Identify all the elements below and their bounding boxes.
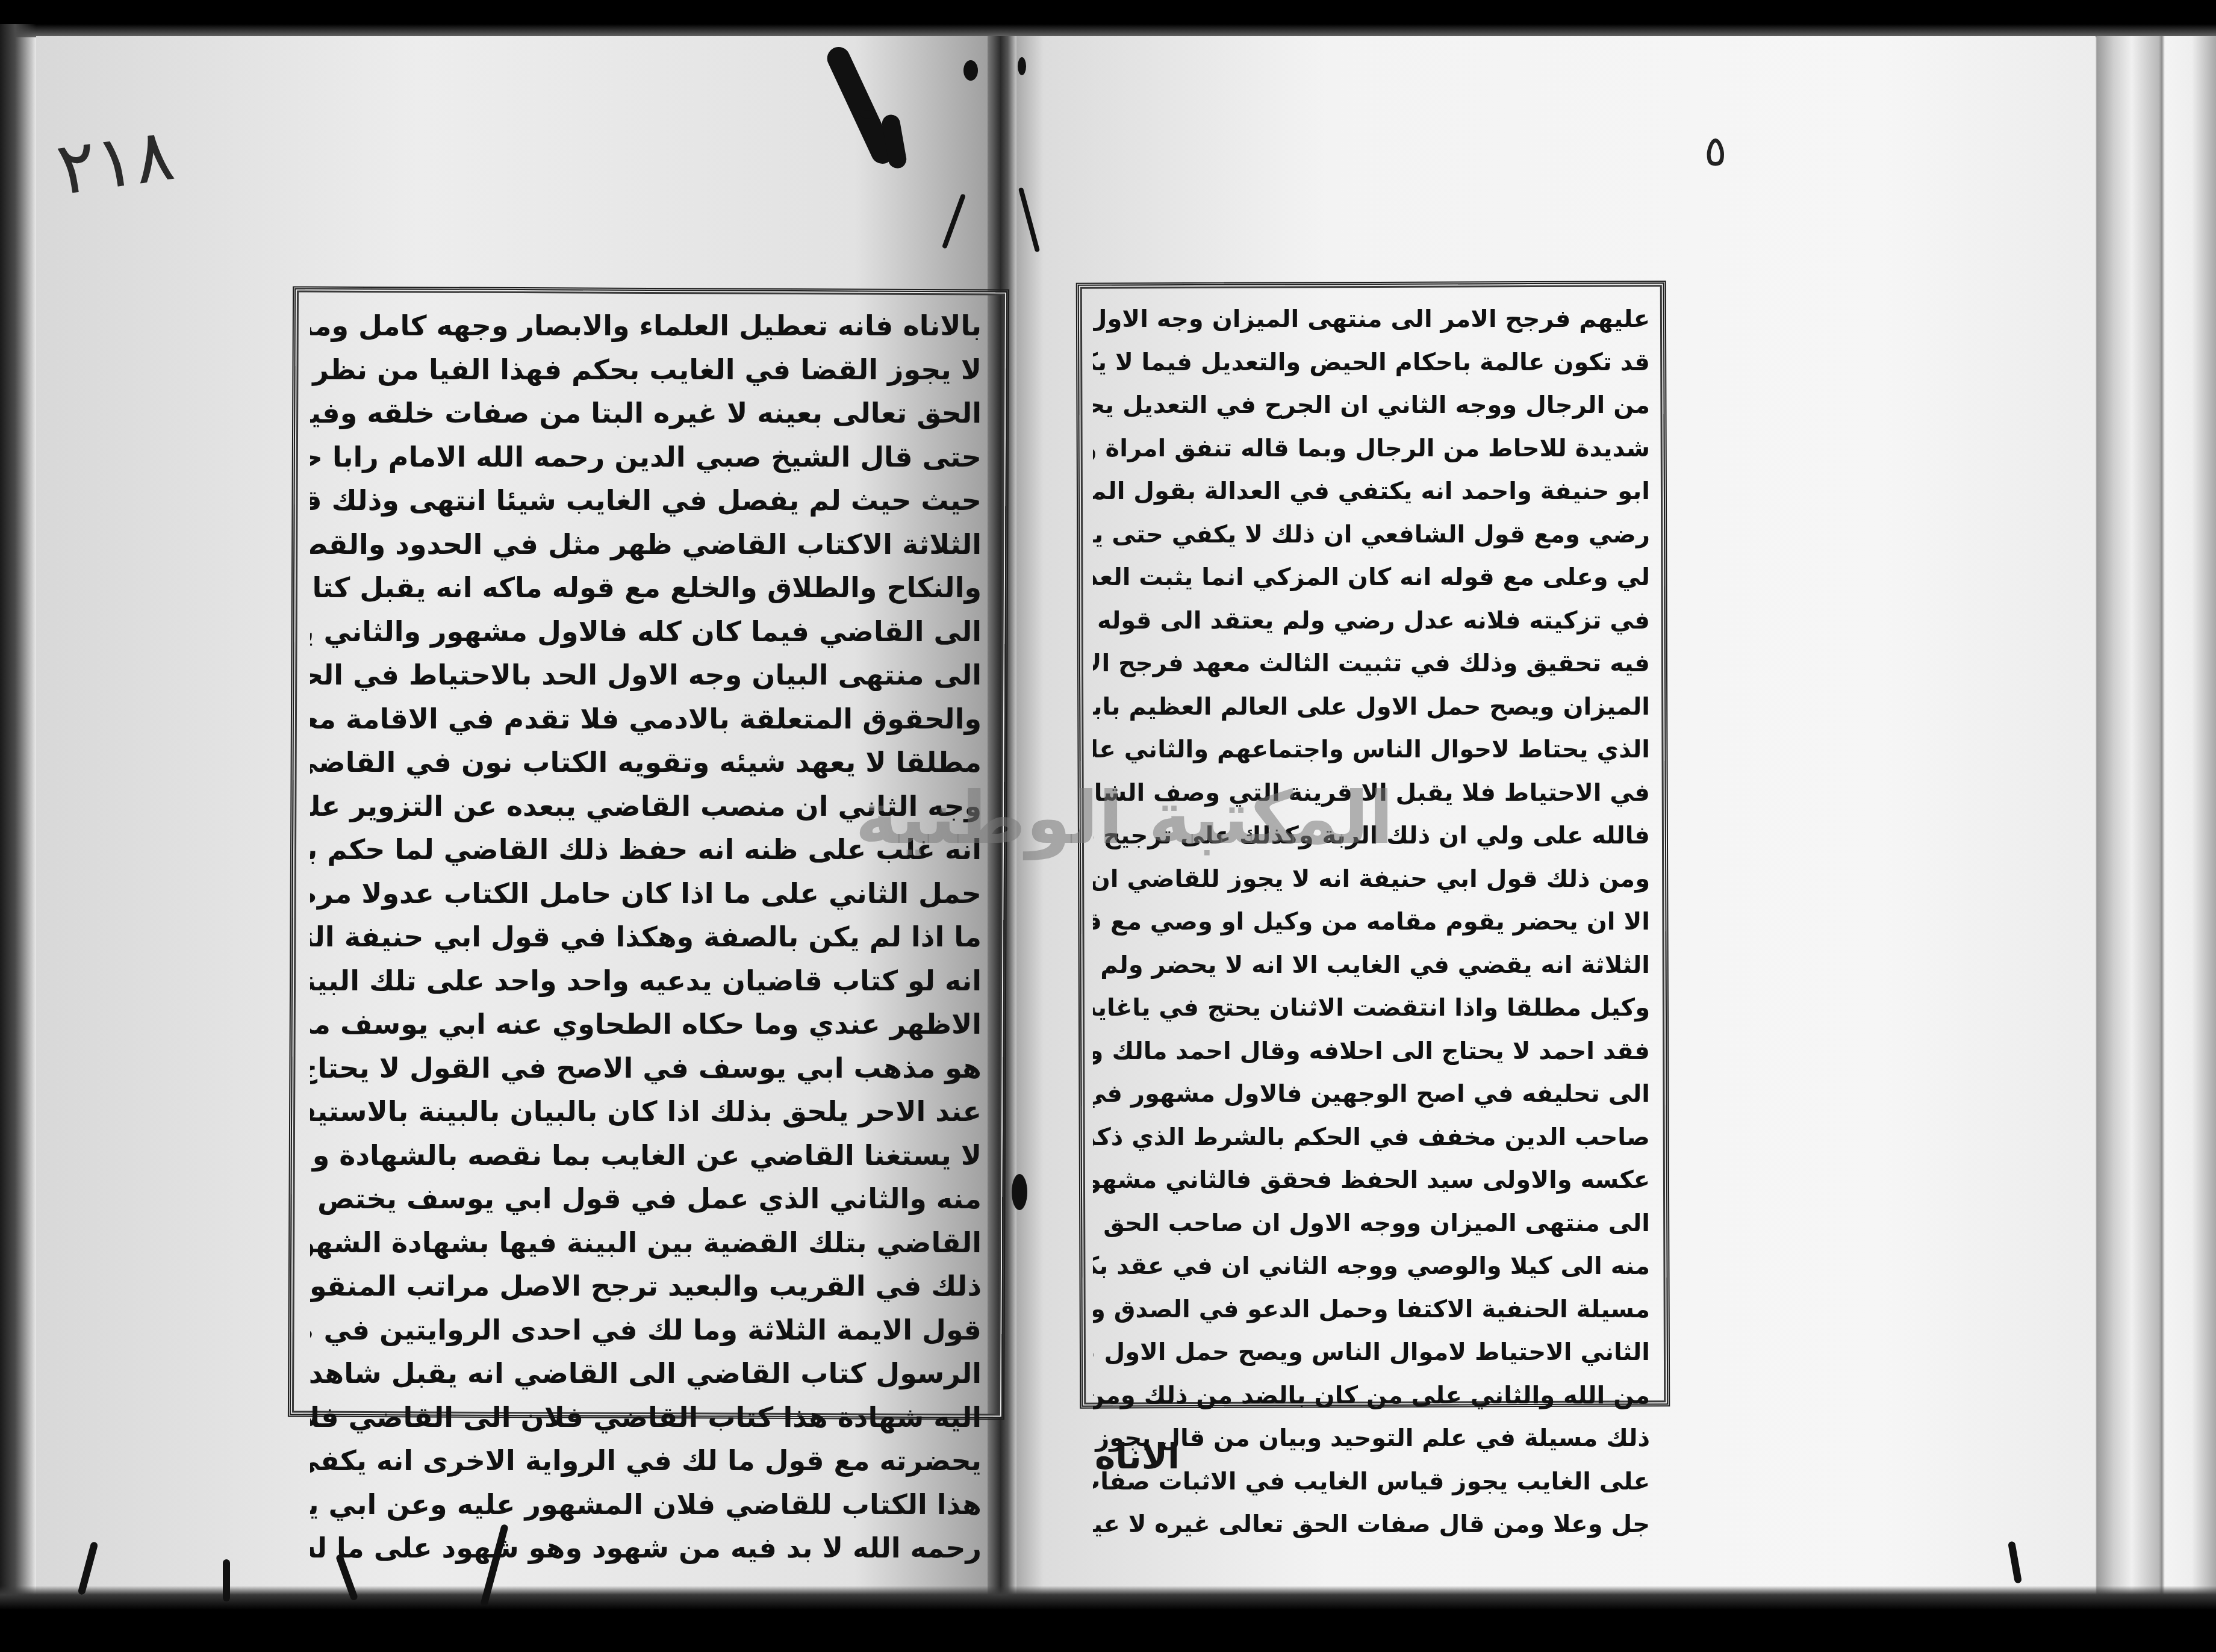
left-edge-shadow [0,24,36,1613]
text-line: والنكاح والطلاق والخلع مع قوله ماكه انه … [310,566,982,610]
ink-stain [963,60,978,81]
text-line: ومن ذلك قول ابي حنيفة انه لا يجوز للقاضي… [1093,858,1650,901]
text-line: يحضرته مع قول ما لك في الرواية الاخرى ان… [310,1439,982,1483]
left-page-text: بالاناه فانه تعطيل العلماء والابصار وجهه… [310,304,982,1570]
text-line: الرسول كتاب القاضي الى القاضي انه يقبل ش… [310,1352,982,1396]
text-line: لا يستغنا القاضي عن الغايب بما نقصه بالش… [310,1134,982,1178]
text-line: عند الاحر يلحق بذلك اذا كان بالبيان بالب… [310,1090,982,1134]
text-line: بالاناه فانه تعطيل العلماء والابصار وجهه… [310,304,982,348]
text-line: مسيلة الحنفية الاكتفا وحمل الدعو في الصد… [1093,1288,1650,1332]
text-line: منه الى كيلا والوصي ووجه الثاني ان في عق… [1093,1245,1650,1288]
text-line: من الله والثاني على من كان بالضد من ذلك … [1093,1374,1650,1418]
ink-stain [1012,1174,1027,1210]
text-line: حمل الثاني على ما اذا كان حامل الكتاب عد… [310,872,982,916]
ink-stain [1018,57,1026,75]
right-page-edge-strips [2096,36,2216,1595]
text-line: حتى قال الشيخ صبي الدين رحمه الله الامام… [310,435,982,479]
text-line: الاظهر عندي وما حكاه الطحاوي عنه ابي يوس… [310,1002,982,1046]
text-line: قد تكون عالمة باحكام الحيض والتعديل فيما… [1093,341,1650,385]
text-line: الحق تعالى بعينه لا غيره البتا من صفات خ… [310,391,982,435]
text-line: قول الايمة الثلاثة وما لك في احدى الرواي… [310,1308,982,1352]
text-line: رحمه الله لا بد فيه من شهود وهو شهود على… [310,1526,982,1570]
text-line: من الرجال ووجه الثاني ان الجرح في التعدي… [1093,384,1650,427]
text-line: فيه تحقيق وذلك في تثبيت الثالث معهد فرجح… [1093,642,1650,686]
library-watermark: المكتبة الوطنية [855,777,1393,860]
scan-bottom-border [0,1586,2216,1652]
text-line: الثاني الاحتياط لاموال الناس ويصح حمل ال… [1093,1331,1650,1374]
text-line: والحقوق المتعلقة بالادمي فلا تقدم في الا… [310,697,982,741]
text-line: هو مذهب ابي يوسف في الاصح في القول لا يح… [310,1046,982,1090]
text-line: حيث حيث لم يفصل في الغايب شيئا انتهى وذل… [310,479,982,523]
scan-top-border [0,0,2216,37]
text-line: لا يجوز القضا في الغايب بحكم فهذا الفيا … [310,348,982,392]
text-line: انه لو كتاب قاضيان يدعيه واحد واحد على ت… [310,959,982,1003]
text-line: لي وعلى مع قوله انه كان المزكي انما يثبت… [1093,556,1650,600]
ink-stain [860,110,874,119]
text-line: فقد احمد لا يحتاج الى احلافه وقال احمد م… [1093,1030,1650,1073]
text-line: الثلاثة انه يقضي في الغايب الا انه لا يح… [1093,944,1650,987]
text-line: في تزكيته فلانه عدل رضي ولم يعتقد الى قو… [1093,600,1650,643]
folio-number: ٢١٨ [52,113,179,212]
text-line: الثلاثة الاكتاب القاضي ظهر مثل في الحدود… [310,523,982,567]
text-line: الى تحليفه في اصح الوجهين فالاول مشهور ف… [1093,1073,1650,1116]
text-line: الميزان ويصح حمل الاول على العالم العظيم… [1093,686,1650,729]
text-line: رضي ومع قول الشافعي ان ذلك لا يكفي حتى ي… [1093,514,1650,557]
text-line: منه والثاني الذي عمل في قول ابي يوسف يخت… [310,1177,982,1221]
text-line: اليه شهادة هذا كتاب القاضي فلان الى القا… [310,1396,982,1439]
text-line: هذا الكتاب للقاضي فلان المشهور عليه وعن … [310,1483,982,1527]
text-line: صاحب الدين مخفف في الحكم بالشرط الذي ذكر… [1093,1116,1650,1160]
corner-mark: ٥ [1704,126,1727,176]
text-line: عليهم فرجح الامر الى منتهى الميزان وجه ا… [1093,298,1650,341]
text-line: ما اذا لم يكن بالصفة وهكذا في قول ابي حن… [310,915,982,959]
text-line: الى القاضي فيما كان كله فالاول مشهور وال… [310,610,982,654]
text-line: الذي يحتاط لاحوال الناس واجتماعهم والثان… [1093,728,1650,772]
text-line: ذلك في القريب والبعيد ترجح الاصل مراتب ا… [310,1264,982,1308]
text-line: وكيل مطلقا واذا انتقضت الاثنان يحتج في ي… [1093,987,1650,1030]
text-line: شديدة للاحاط من الرجال وبما قاله تنفق ام… [1093,427,1650,471]
text-line: عكسه والاولى سيد الحفظ فحقق فالثاني مشهو… [1093,1159,1650,1202]
text-line: القاضي بتلك القضية بين البينة فيها بشهاد… [310,1221,982,1265]
catchword: الاناه [1095,1436,1180,1477]
text-line: جل وعلا ومن قال صفات الحق تعالى غيره لا … [1093,1503,1650,1547]
right-page-text: عليهم فرجح الامر الى منتهى الميزان وجه ا… [1093,298,1650,1547]
text-line: الا ان يحضر يقوم مقامه من وكيل او وصي مع… [1093,901,1650,944]
text-line: ابو حنيفة واحمد انه يكتفي في العدالة بقو… [1093,470,1650,514]
text-line: الى منتهى الميزان ووجه الاول ان صاحب الح… [1093,1202,1650,1246]
text-line: الى منتهى البيان وجه الاول الحد بالاحتيا… [310,653,982,697]
